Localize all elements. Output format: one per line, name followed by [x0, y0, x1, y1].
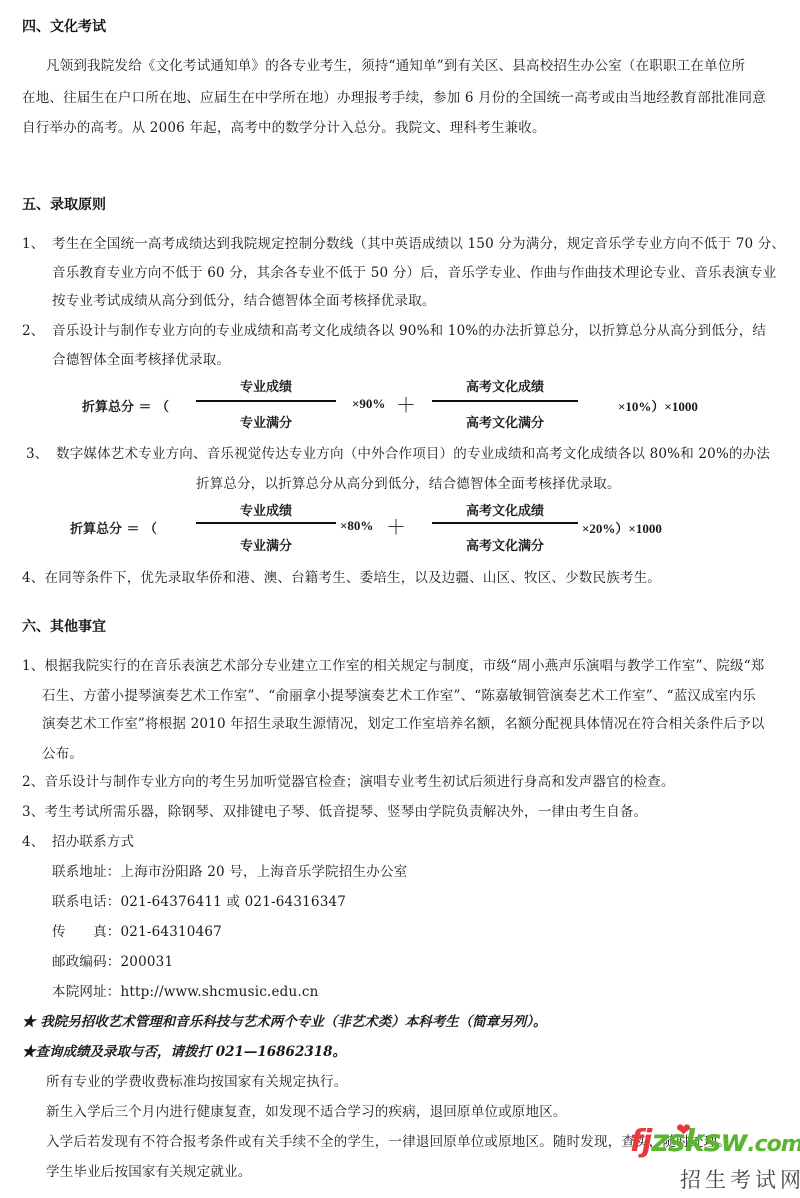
star-note-other-majors: ★ 我院另招收艺术管理和音乐科技与艺术两个专业（非艺术类）本科考生（简章另列）。 — [22, 1010, 546, 1030]
formula-2-numerator-2: 高考文化成绩 — [432, 500, 578, 519]
contact-website-label: 本院网址： — [52, 984, 121, 1000]
contact-address: 联系地址：上海市汾阳路 20 号，上海音乐学院招生办公室 — [52, 860, 407, 880]
formula-1-numerator-2: 高考文化成绩 — [432, 376, 578, 395]
note-health-recheck: 新生入学后三个月内进行健康复查，如发现不适合学习的疾病，退回原单位或原地区。 — [46, 1100, 567, 1120]
formula-2-label: 折算总分 ＝ （ — [70, 518, 157, 537]
section-6-item-2: 2、音乐设计与制作专业方向的考生另加听觉器官检查；演唱专业考生初试后须进行身高和… — [22, 770, 675, 790]
contact-address-label: 联系地址： — [52, 864, 121, 880]
section-4-line-1: 凡领到我院发给《文化考试通知单》的各专业考生，须持“通知单”到有关区、县高校招生… — [46, 54, 745, 74]
formula-2-multiplier-1: ×80% — [340, 518, 373, 534]
formula-2-denominator-2: 高考文化满分 — [432, 535, 578, 554]
contact-website: 本院网址：http://www.shcmusic.edu.cn — [52, 980, 319, 1000]
section-5-item-3-line-2: 折算总分，以折算总分从高分到低分，结合德智体全面考核择优录取。 — [196, 472, 621, 492]
section-5-item-1-line-3: 按专业考试成绩从高分到低分，结合德智体全面考核择优录取。 — [52, 289, 436, 309]
section-5-item-2-number: 2、 — [22, 319, 45, 339]
note-employment: 学生毕业后按国家有关规定就业。 — [46, 1160, 252, 1180]
section-6-item-1-line-3: 演奏艺术工作室”将根据 2010 年招生录取生源情况，划定工作室培养名额，名额分… — [42, 712, 765, 732]
formula-2-plus: ＋ — [386, 511, 406, 540]
section-6-item-4-number: 4、 — [22, 830, 45, 850]
contact-website-link[interactable]: http://www.shcmusic.edu.cn — [121, 984, 319, 1000]
section-5-item-2-line-1: 音乐设计与制作专业方向的专业成绩和高考文化成绩各以 90%和 10%的办法折算总… — [52, 319, 766, 339]
section-5-item-1-line-2: 音乐教育专业方向不低于 60 分，其余各专业不低于 50 分）后，音乐学专业、作… — [52, 261, 776, 281]
contact-phone-label: 联系电话： — [52, 894, 121, 910]
section-5-item-3-line-1: 数字媒体艺术专业方向、音乐视觉传达专业方向（中外合作项目）的专业成绩和高考文化成… — [56, 442, 770, 462]
formula-2-multiplier-2: ×20%）×1000 — [582, 518, 662, 537]
section-6-item-3: 3、考生考试所需乐器，除钢琴、双排键电子琴、低音提琴、竖琴由学院负责解决外，一律… — [22, 800, 647, 820]
watermark-text-domain: .com — [747, 1132, 800, 1157]
section-4-line-3: 自行举办的高考。从 2006 年起，高考中的数学分计入总分。我院文、理科考生兼收… — [22, 116, 546, 136]
section-6-item-1-line-2: 石生、方蕾小提琴演奏艺术工作室”、“俞丽拿小提琴演奏艺术工作室”、“陈嘉敏铜管演… — [42, 684, 756, 704]
formula-1-numerator-1: 专业成绩 — [196, 376, 336, 395]
section-6-title: 六、其他事宜 — [22, 616, 106, 636]
contact-fax-value: 021-64310467 — [121, 924, 222, 940]
contact-postcode: 邮政编码：200031 — [52, 950, 173, 970]
section-5-item-4: 4、在同等条件下，优先录取华侨和港、澳、台籍考生、委培生，以及边疆、山区、牧区、… — [22, 566, 661, 586]
formula-1-multiplier-2: ×10%）×1000 — [618, 396, 698, 415]
section-6-item-1-line-4: 公布。 — [42, 742, 83, 762]
formula-2-numerator-1: 专业成绩 — [196, 500, 336, 519]
contact-phone-value: 021-64376411 或 021-64316347 — [121, 894, 347, 910]
formula-1-label: 折算总分 ＝ （ — [82, 396, 169, 415]
contact-fax-label: 传 真： — [52, 924, 121, 940]
contact-postcode-value: 200031 — [121, 954, 174, 970]
formula-1-denominator-2: 高考文化满分 — [432, 412, 578, 431]
star-note-query-hotline: ★查询成绩及录取与否，请拨打 021—16862318。 — [22, 1040, 346, 1060]
formula-1-fraction-bar-2 — [432, 400, 578, 402]
section-5-item-1-number: 1、 — [22, 232, 45, 252]
section-5-item-3-number: 3、 — [26, 442, 49, 462]
section-4-title: 四、文化考试 — [22, 16, 106, 36]
section-5-title: 五、录取原则 — [22, 194, 106, 214]
formula-2-denominator-1: 专业满分 — [196, 535, 336, 554]
formula-1-denominator-1: 专业满分 — [196, 412, 336, 431]
contact-address-value: 上海市汾阳路 20 号，上海音乐学院招生办公室 — [121, 864, 408, 880]
section-5-item-2-line-2: 合德智体全面考核择优录取。 — [52, 348, 230, 368]
heart-icon: ❤ — [676, 1120, 691, 1141]
note-qualification-check: 入学后若发现有不符合报考条件或有关手续不全的学生，一律退回原单位或原地区。随时发… — [46, 1130, 731, 1150]
contact-fax: 传 真：021-64310467 — [52, 920, 222, 940]
contact-phone: 联系电话：021-64376411 或 021-64316347 — [52, 890, 346, 910]
formula-1-multiplier-1: ×90% — [352, 396, 385, 412]
formula-2-fraction-bar-2 — [432, 522, 578, 524]
watermark-chinese: 招生考试网 — [680, 1164, 800, 1194]
watermark-logo: ❤ fjzsksw.com — [630, 1124, 800, 1159]
watermark-text-red: fj — [630, 1124, 651, 1159]
section-4-line-2: 在地、往届生在户口所在地、应届生在中学所在地）办理报考手续，参加 6 月份的全国… — [22, 86, 766, 106]
section-5-item-1-line-1: 考生在全国统一高考成绩达到我院规定控制分数线（其中英语成绩以 150 分为满分，… — [52, 232, 785, 252]
note-tuition: 所有专业的学费收费标准均按国家有关规定执行。 — [46, 1070, 347, 1090]
formula-1-plus: ＋ — [396, 389, 416, 418]
formula-1-fraction-bar-1 — [196, 400, 336, 402]
section-6-item-4-title: 招办联系方式 — [52, 830, 134, 850]
contact-postcode-label: 邮政编码： — [52, 954, 121, 970]
formula-2-fraction-bar-1 — [196, 522, 336, 524]
watermark-text-green: zsksw — [651, 1124, 747, 1159]
section-6-item-1-line-1: 1、根据我院实行的在音乐表演艺术部分专业建立工作室的相关规定与制度，市级“周小燕… — [22, 654, 765, 674]
